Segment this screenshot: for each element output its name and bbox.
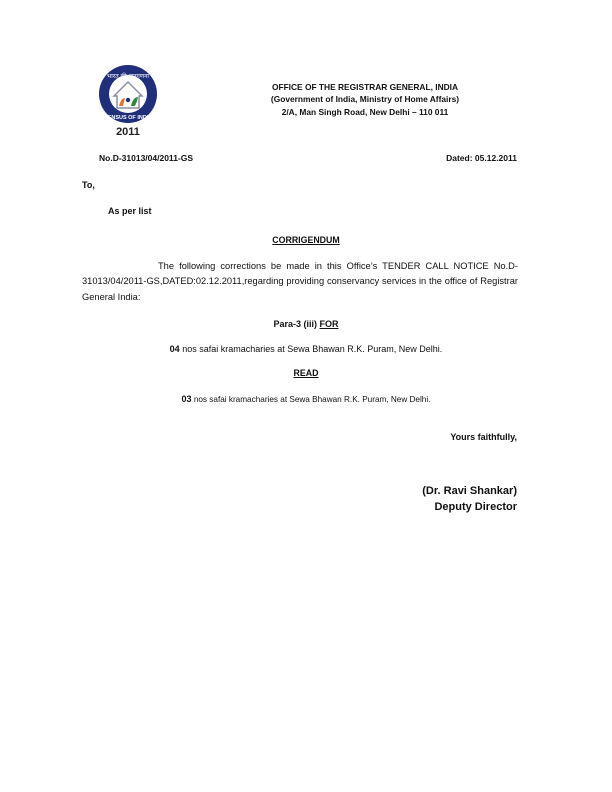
letterhead: OFFICE OF THE REGISTRAR GENERAL, INDIA (… — [250, 81, 480, 118]
signatory-designation: Deputy Director — [422, 499, 517, 515]
svg-text:CENSUS OF INDIA: CENSUS OF INDIA — [104, 115, 153, 121]
ministry: (Government of India, Ministry of Home A… — [250, 93, 480, 105]
signatory-name: (Dr. Ravi Shankar) — [422, 483, 517, 499]
logo-year: 2011 — [86, 126, 170, 138]
closing-salutation: Yours faithfully, — [450, 432, 517, 442]
office-name: OFFICE OF THE REGISTRAR GENERAL, INDIA — [250, 81, 480, 93]
office-address: 2/A, Man Singh Road, New Delhi – 110 011 — [250, 106, 480, 118]
corrected-text: 03 nos safai kramacharies at Sewa Bhawan… — [82, 394, 530, 404]
census-of-india-emblem-icon: भारत की जनगणना CENSUS OF INDIA — [86, 64, 170, 126]
signature-block: (Dr. Ravi Shankar) Deputy Director — [422, 483, 517, 515]
recipient: As per list — [108, 206, 152, 216]
reference-number: No.D-31013/04/2011-GS — [99, 153, 193, 163]
corrected-count: 03 — [182, 394, 192, 404]
body-paragraph: The following corrections be made in thi… — [82, 259, 518, 305]
original-text: 04 nos safai kramacharies at Sewa Bhawan… — [82, 344, 530, 354]
corrected-description: nos safai kramacharies at Sewa Bhawan R.… — [192, 395, 431, 404]
para-label: Para-3 (iii) — [273, 319, 317, 329]
letter-date: Dated: 05.12.2011 — [446, 153, 517, 163]
original-description: nos safai kramacharies at Sewa Bhawan R.… — [180, 344, 443, 354]
document-title: CORRIGENDUM — [82, 235, 530, 245]
para-reference: Para-3 (iii) FOR — [82, 319, 530, 329]
census-logo: भारत की जनगणना CENSUS OF INDIA 2011 — [86, 64, 170, 142]
svg-text:भारत की जनगणना: भारत की जनगणना — [107, 72, 149, 80]
to-label: To, — [82, 180, 95, 190]
for-label: FOR — [320, 319, 339, 329]
original-count: 04 — [170, 344, 180, 354]
read-label: READ — [82, 368, 530, 378]
body-text: The following corrections be made in thi… — [82, 261, 518, 302]
